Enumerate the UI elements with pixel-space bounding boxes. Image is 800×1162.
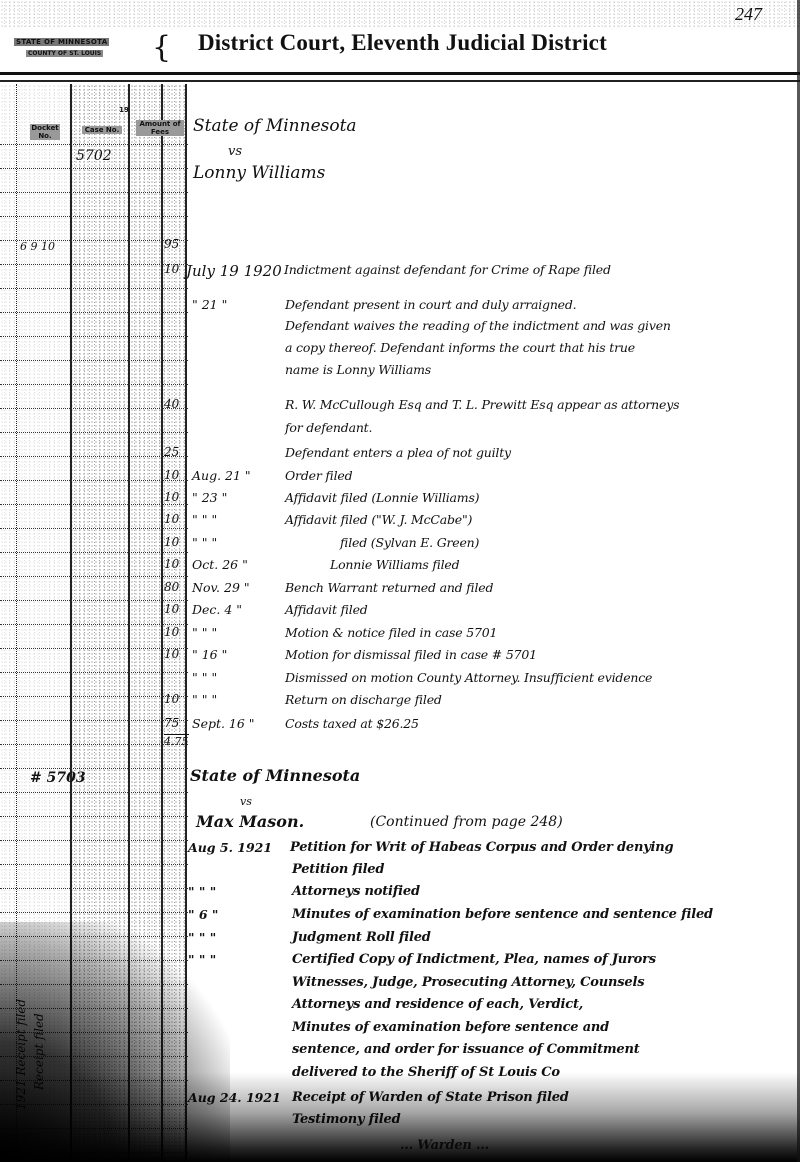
entry-date: " 6 " (188, 907, 218, 922)
ledger-rule (0, 408, 188, 410)
entry-text: Motion for dismissal filed in case # 570… (285, 647, 537, 662)
entry-date: Aug. 21 " (192, 468, 251, 483)
docket-number: 6 9 10 (20, 240, 55, 253)
entry-text: Defendant waives the reading of the indi… (285, 318, 671, 333)
ledger-rule (0, 600, 188, 602)
entry-date: " " " (192, 670, 217, 685)
ledger-rule (0, 552, 188, 554)
entry-text: a copy thereof. Defendant informs the co… (285, 340, 635, 355)
ledger-rule (0, 888, 188, 890)
ledger-rule (0, 912, 188, 914)
ledger-rule (0, 576, 188, 578)
entry-date: Dec. 4 " (192, 602, 242, 617)
entry-fee: 10 (164, 557, 179, 571)
entry-text: Petition for Writ of Habeas Corpus and O… (290, 840, 673, 855)
brace-glyph: { (152, 30, 171, 65)
fee-total: 4.75 (164, 734, 189, 748)
entry-date: " " " (192, 625, 217, 640)
ledger-rule (0, 480, 188, 482)
entry-text: sentence, and order for issuance of Comm… (292, 1042, 640, 1057)
entry-text: Dismissed on motion County Attorney. Ins… (285, 670, 652, 685)
ledger-rule (0, 648, 188, 650)
case-title-defendant: Lonny Williams (193, 163, 325, 183)
entry-fee: 80 (164, 580, 179, 594)
entry-fee: 10 (164, 602, 179, 616)
entry-text: Attorneys notified (292, 884, 420, 899)
entry-date: " " " (192, 692, 217, 707)
entry-date: July 19 1920 (186, 262, 282, 280)
entry-fee: 10 (164, 468, 179, 482)
entry-text: Affidavit filed ("W. J. McCabe") (285, 512, 472, 527)
entry-text: Witnesses, Judge, Prosecuting Attorney, … (292, 975, 644, 990)
entry-text: Return on discharge filed (285, 692, 442, 707)
entry-text: Minutes of examination before sentence a… (292, 1020, 609, 1035)
entry-text: Attorneys and residence of each, Verdict… (292, 997, 583, 1012)
entry-text: Bench Warrant returned and filed (285, 580, 493, 595)
entry-date: " " " (188, 884, 216, 899)
ledger-rule (0, 264, 188, 266)
entry-date: " 16 " (192, 647, 227, 662)
court-title: District Court, Eleventh Judicial Distri… (198, 30, 607, 56)
case-title-vs: vs (228, 144, 242, 159)
year-prefix: 19 (118, 106, 130, 114)
entry-fee: 10 (164, 692, 179, 706)
entry-text: for defendant. (285, 420, 372, 435)
entry-fee: 10 (164, 647, 179, 661)
scan-shadow-corner (0, 922, 230, 1162)
entry-text: filed (Sylvan E. Green) (340, 535, 479, 550)
entry-text: Order filed (285, 468, 352, 483)
entry-fee: 95 (164, 237, 179, 251)
paper-texture (0, 0, 800, 28)
entry-text: Costs taxed at $26.25 (285, 716, 419, 731)
entry-fee: 10 (164, 512, 179, 526)
case-number: 5702 (76, 148, 112, 164)
ledger-rule (0, 624, 188, 626)
entry-fee: 10 (164, 625, 179, 639)
ledger-rule (0, 768, 188, 770)
entry-date: " " " (192, 512, 217, 527)
entry-date: " 21 " (192, 297, 227, 312)
ledger-rule (0, 192, 188, 194)
ledger-rule (0, 816, 188, 818)
entry-fee: 10 (164, 535, 179, 549)
case-title-vs: vs (240, 795, 252, 808)
ledger-rule (0, 432, 188, 434)
ledger-rule (0, 504, 188, 506)
entry-text: Motion & notice filed in case 5701 (285, 625, 497, 640)
header-rule (0, 72, 800, 75)
entry-date: " " " (192, 535, 217, 550)
entry-date: Nov. 29 " (192, 580, 250, 595)
entry-fee: 40 (164, 397, 179, 411)
jurisdiction-stamp: STATE OF MINNESOTA COUNTY OF ST. LOUIS (12, 36, 152, 64)
case-title-defendant: Max Mason. (196, 812, 304, 831)
entry-text: Affidavit filed (285, 602, 368, 617)
state-label: STATE OF MINNESOTA (14, 38, 109, 46)
ledger-rule (0, 744, 188, 746)
entry-fee: 75 (164, 716, 179, 730)
ledger-rule (0, 336, 188, 338)
ledger-rule (0, 360, 188, 362)
entry-text: Petition filed (292, 862, 384, 877)
ledger-rule (0, 696, 188, 698)
entry-fee: 10 (164, 262, 179, 276)
ledger-rule (0, 168, 188, 170)
ledger-rule (0, 840, 188, 842)
entry-text: Defendant enters a plea of not guilty (285, 445, 511, 460)
ledger-rule (0, 384, 188, 386)
entry-date: Oct. 26 " (192, 557, 248, 572)
entry-date: " 23 " (192, 490, 227, 505)
docket-no-header: Docket No. (30, 124, 60, 140)
ledger-rule (0, 792, 188, 794)
entry-text: R. W. McCullough Esq and T. L. Prewitt E… (285, 397, 679, 412)
ledger-rule (0, 528, 188, 530)
court-docket-page: STATE OF MINNESOTA COUNTY OF ST. LOUIS {… (0, 0, 800, 1162)
ledger-rule (0, 288, 188, 290)
ledger-rule (0, 864, 188, 866)
continued-note: (Continued from page 248) (370, 814, 563, 830)
ledger-rule (0, 312, 188, 314)
county-label: COUNTY OF ST. LOUIS (26, 50, 103, 57)
header-rule-secondary (0, 80, 800, 82)
entry-date: Aug 5. 1921 (188, 840, 272, 855)
ledger-rule (0, 672, 188, 674)
entry-text: Certified Copy of Indictment, Plea, name… (292, 952, 656, 967)
entry-fee: 25 (164, 445, 179, 459)
ledger-rule (0, 456, 188, 458)
entry-date: Sept. 16 " (192, 716, 255, 731)
case-no-header: Case No. (82, 126, 122, 134)
entry-text: Lonnie Williams filed (330, 557, 459, 572)
page-number: 247 (735, 4, 762, 25)
case-number: # 5703 (30, 770, 86, 786)
entry-fee: 10 (164, 490, 179, 504)
entry-text: Minutes of examination before sentence a… (292, 907, 713, 922)
amount-fees-header: Amount of Fees (136, 120, 184, 136)
entry-text: Defendant present in court and duly arra… (285, 297, 576, 312)
entry-text: name is Lonny Williams (285, 362, 431, 377)
ledger-rule (0, 720, 188, 722)
entry-text: Indictment against defendant for Crime o… (284, 262, 611, 277)
case-title-plaintiff: State of Minnesota (190, 766, 360, 785)
case-title-plaintiff: State of Minnesota (193, 116, 357, 136)
ledger-rule (0, 216, 188, 218)
ledger-rule (0, 144, 188, 146)
entry-text: Judgment Roll filed (292, 930, 431, 945)
entry-text: Affidavit filed (Lonnie Williams) (285, 490, 479, 505)
